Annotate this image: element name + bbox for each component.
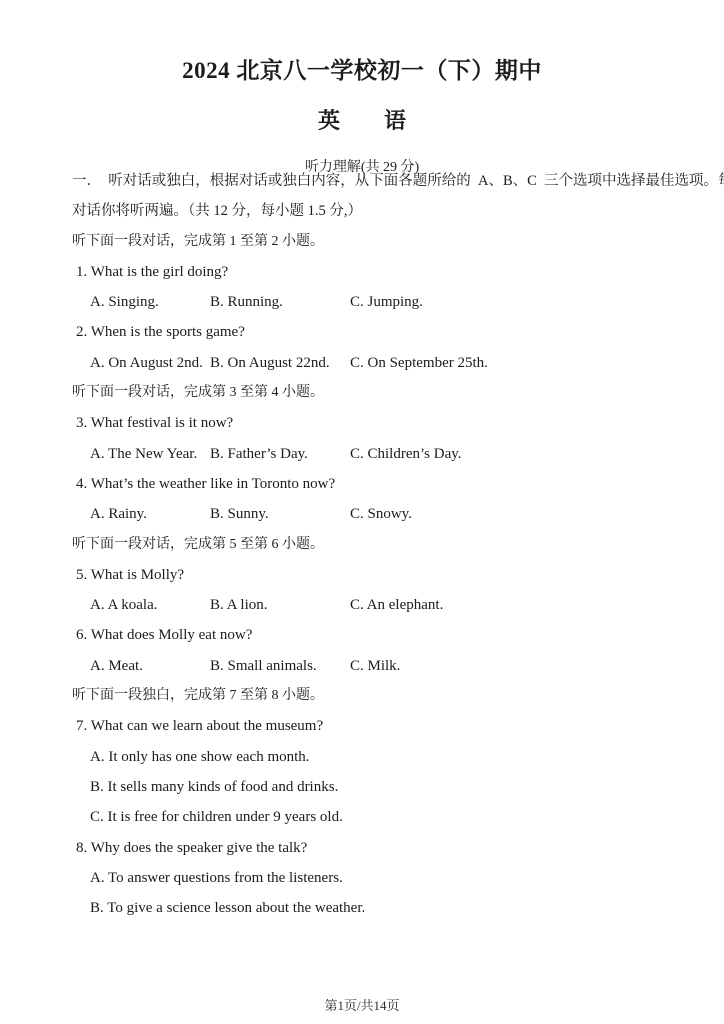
option-c: C. On September 25th.	[350, 348, 488, 378]
option-b: B. On August 22nd.	[210, 348, 330, 378]
option-b: B. Father’s Day.	[210, 439, 308, 469]
intro-paragraph: 一． 听对话或独白，根据对话或独白内容，从下面各题所给的 A、B、C 三个选项中…	[72, 166, 688, 227]
option-line: A. It only has one show each month.	[72, 742, 688, 772]
option-a: A. The New Year.	[90, 439, 197, 469]
question-text: 4. What’s the weather like in Toronto no…	[72, 469, 688, 499]
page-number: 第1页/共14页	[0, 995, 724, 1014]
option-c: C. Milk.	[350, 651, 400, 681]
option-c: C. Children’s Day.	[350, 439, 462, 469]
option-a: A. Meat.	[90, 651, 143, 681]
options-row: A. Singing.B. Running.C. Jumping.	[72, 287, 688, 317]
question-text: 7. What can we learn about the museum?	[72, 711, 688, 741]
option-b: B. Small animals.	[210, 651, 317, 681]
section-instruction: 听下面一段对话，完成第 3 至第 4 小题。	[72, 378, 688, 408]
document-body: 一． 听对话或独白，根据对话或独白内容，从下面各题所给的 A、B、C 三个选项中…	[72, 166, 688, 923]
section-instruction: 听下面一段对话，完成第 5 至第 6 小题。	[72, 530, 688, 560]
option-b: B. Running.	[210, 287, 283, 317]
question-text: 5. What is Molly?	[72, 560, 688, 590]
section-instruction: 听下面一段独白，完成第 7 至第 8 小题。	[72, 681, 688, 711]
question-text: 6. What does Molly eat now?	[72, 620, 688, 650]
option-line: A. To answer questions from the listener…	[72, 863, 688, 893]
intro-line: 一． 听对话或独白，根据对话或独白内容，从下面各题所给的 A、B、C 三个选项中…	[72, 166, 688, 196]
option-b: B. Sunny.	[210, 499, 269, 529]
document-page: 2024 北京八一学校初一（下）期中 英 语 听力理解(共 29 分) 一． 听…	[0, 0, 724, 1024]
subject-title: 英 语	[0, 104, 724, 135]
question-text: 1. What is the girl doing?	[72, 257, 688, 287]
option-a: A. Singing.	[90, 287, 159, 317]
document-header: 2024 北京八一学校初一（下）期中 英 语 听力理解(共 29 分)	[0, 0, 724, 176]
option-c: C. Snowy.	[350, 499, 412, 529]
options-row: A. Meat.B. Small animals.C. Milk.	[72, 651, 688, 681]
options-row: A. A koala.B. A lion.C. An elephant.	[72, 590, 688, 620]
option-b: B. A lion.	[210, 590, 268, 620]
question-text: 8. Why does the speaker give the talk?	[72, 833, 688, 863]
option-a: A. Rainy.	[90, 499, 147, 529]
question-text: 2. When is the sports game?	[72, 317, 688, 347]
options-row: A. On August 2nd.B. On August 22nd.C. On…	[72, 348, 688, 378]
options-row: A. Rainy.B. Sunny.C. Snowy.	[72, 499, 688, 529]
option-c: C. An elephant.	[350, 590, 443, 620]
option-a: A. On August 2nd.	[90, 348, 203, 378]
option-a: A. A koala.	[90, 590, 158, 620]
option-line: B. To give a science lesson about the we…	[72, 893, 688, 923]
page-title: 2024 北京八一学校初一（下）期中	[0, 0, 724, 85]
option-line: C. It is free for children under 9 years…	[72, 802, 688, 832]
section-instruction: 听下面一段对话，完成第 1 至第 2 小题。	[72, 227, 688, 257]
intro-line: 对话你将听两遍。（共 12 分，每小题 1.5 分,）	[72, 196, 688, 226]
option-line: B. It sells many kinds of food and drink…	[72, 772, 688, 802]
option-c: C. Jumping.	[350, 287, 423, 317]
questions: 听下面一段对话，完成第 1 至第 2 小题。1. What is the gir…	[72, 227, 688, 924]
options-row: A. The New Year.B. Father’s Day.C. Child…	[72, 439, 688, 469]
question-text: 3. What festival is it now?	[72, 408, 688, 438]
